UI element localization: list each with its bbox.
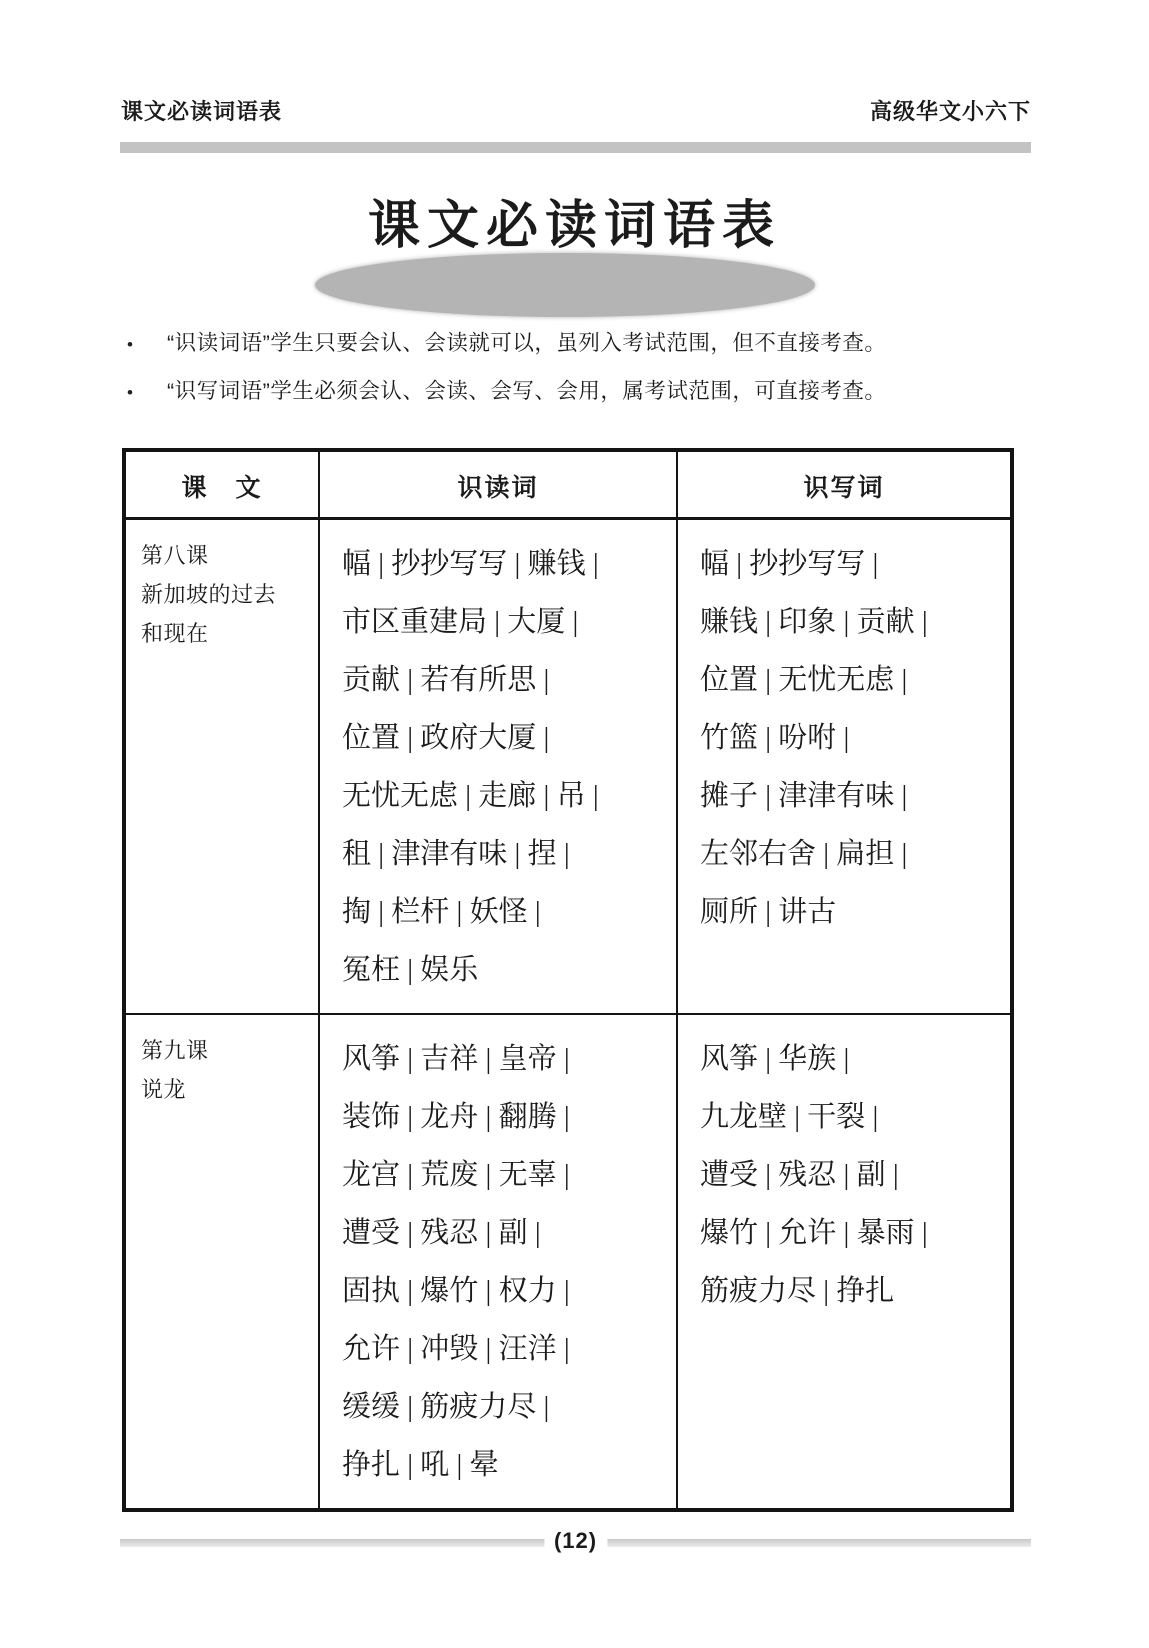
note-line: • “识读词语”学生只要会认、会读就可以，虽列入考试范围，但不直接考查。 [127, 320, 1037, 368]
column-header-lesson: 课 文 [126, 452, 320, 520]
title-ellipse-shadow [315, 253, 815, 317]
notes-section: • “识读词语”学生只要会认、会读就可以，虽列入考试范围，但不直接考查。 • “… [127, 320, 1037, 416]
running-header-right: 高级华文小六下 [870, 95, 1031, 126]
lesson-8-title-cell: 第八课 新加坡的过去 和现在 [126, 520, 320, 1013]
note-line: • “识写词语”学生必须会认、会读、会写、会用，属考试范围，可直接考查。 [127, 368, 1037, 416]
title-block: 课文必读词语表 [0, 196, 1149, 326]
document-page: 课文必读词语表 高级华文小六下 课文必读词语表 • “识读词语”学生只要会认、会… [0, 0, 1149, 1648]
lesson-8-reading-words-cell: 幅 | 抄抄写写 | 赚钱 | 市区重建局 | 大厦 | 贡献 | 若有所思 |… [320, 520, 678, 1013]
lesson-9-reading-words-cell: 风筝 | 吉祥 | 皇帝 | 装饰 | 龙舟 | 翻腾 | 龙宫 | 荒废 | … [320, 1013, 678, 1508]
note-text-writing: “识写词语”学生必须会认、会读、会写、会用，属考试范围，可直接考查。 [167, 368, 886, 414]
lesson-9-writing-words-cell: 风筝 | 华族 | 九龙壁 | 干裂 | 遭受 | 残忍 | 副 | 爆竹 | … [678, 1013, 1010, 1508]
page-number: (12) [544, 1528, 607, 1554]
page-footer: (12) [120, 1528, 1031, 1554]
bullet-icon: • [127, 370, 167, 416]
header-rule [120, 142, 1031, 153]
lesson-9-title-cell: 第九课 说龙 [126, 1013, 320, 1508]
running-header-left: 课文必读词语表 [121, 95, 282, 126]
vocabulary-table: 课 文 识读词 识写词 第八课 新加坡的过去 和现在 幅 | 抄抄写写 | 赚钱… [122, 448, 1014, 1512]
lesson-8-writing-words-cell: 幅 | 抄抄写写 | 赚钱 | 印象 | 贡献 | 位置 | 无忧无虑 | 竹篮… [678, 520, 1010, 1013]
note-text-reading: “识读词语”学生只要会认、会读就可以，虽列入考试范围，但不直接考查。 [167, 320, 886, 366]
column-header-writing-words: 识写词 [678, 452, 1010, 520]
page-title: 课文必读词语表 [0, 196, 1149, 256]
bullet-icon: • [127, 322, 167, 368]
column-header-reading-words: 识读词 [320, 452, 678, 520]
